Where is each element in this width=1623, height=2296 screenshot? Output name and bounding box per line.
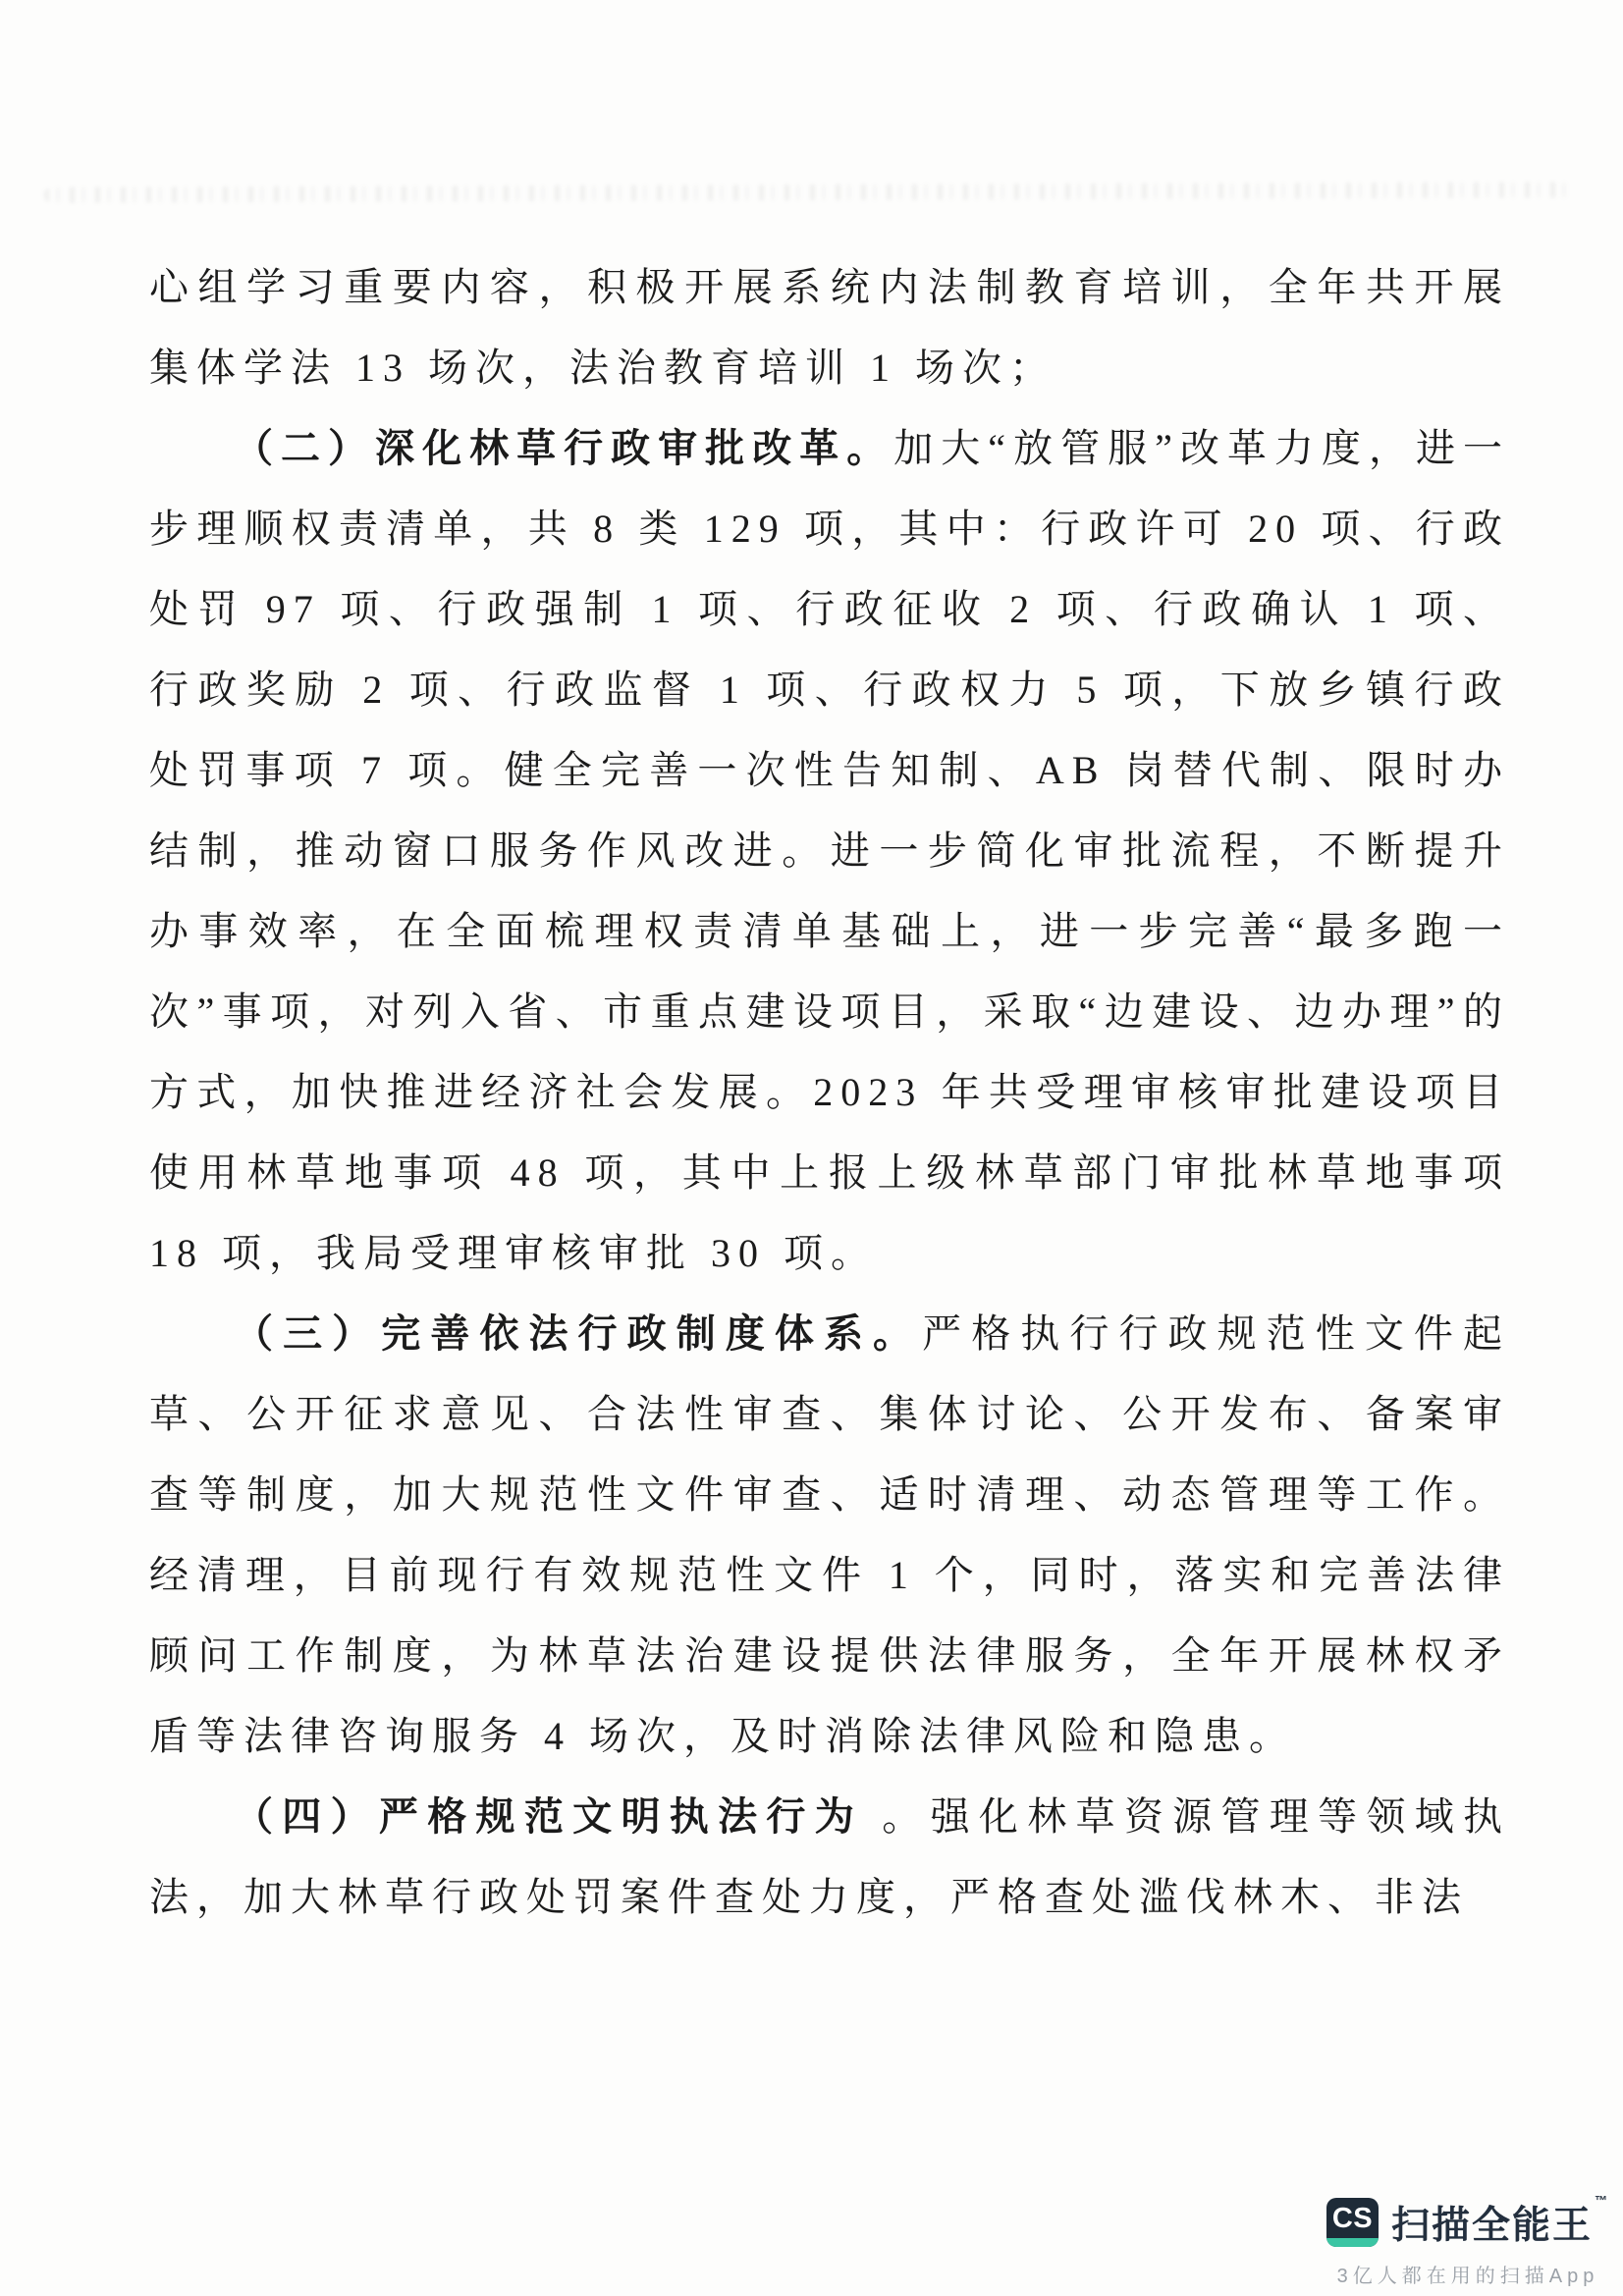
scanned-document-page: 心组学习重要内容，积极开展系统内法制教育培训，全年共开展集体学法 13 场次，法… <box>0 0 1623 2296</box>
camscanner-logo-icon: CS <box>1326 2198 1379 2247</box>
scan-artifact-smudge <box>44 182 1576 202</box>
section-3-heading: （三）完善依法行政制度体系。 <box>234 1311 922 1356</box>
section-2-heading: （二）深化林草行政审批改革。 <box>234 426 893 470</box>
watermark-brand-row: CS 扫描全能王™ <box>1326 2195 1609 2250</box>
paragraph-continuation: 心组学习重要内容，积极开展系统内法制教育培训，全年共开展集体学法 13 场次，法… <box>149 247 1510 408</box>
document-text-block: 心组学习重要内容，积极开展系统内法制教育培训，全年共开展集体学法 13 场次，法… <box>149 247 1510 1938</box>
logo-cs-text: CS <box>1332 2203 1373 2235</box>
paragraph-continuation-text: 心组学习重要内容，积极开展系统内法制教育培训，全年共开展集体学法 13 场次，法… <box>149 265 1510 390</box>
section-4-heading: （四）严格规范文明执法行为 <box>234 1794 863 1839</box>
section-3-body-text: 严格执行行政规范性文件起草、公开征求意见、合法性审查、集体讨论、公开发布、备案审… <box>149 1311 1510 1758</box>
paragraph-section-4: （四）严格规范文明执法行为 。强化林草资源管理等领域执法，加大林草行政处罚案件查… <box>149 1777 1510 1938</box>
watermark-app-name: 扫描全能王™ <box>1391 2195 1609 2250</box>
camscanner-watermark: CS 扫描全能王™ 3亿人都在用的扫描App <box>1326 2195 1609 2288</box>
app-name-text: 扫描全能王 <box>1391 2205 1593 2247</box>
watermark-tagline: 3亿人都在用的扫描App <box>1337 2260 1599 2288</box>
paragraph-section-2: （二）深化林草行政审批改革。加大“放管服”改革力度，进一步理顺权责清单，共 8 … <box>149 408 1510 1294</box>
section-2-body-text: 加大“放管服”改革力度，进一步理顺权责清单，共 8 类 129 项，其中：行政许… <box>149 426 1510 1275</box>
trademark-symbol: ™ <box>1595 2193 1609 2208</box>
paragraph-section-3: （三）完善依法行政制度体系。严格执行行政规范性文件起草、公开征求意见、合法性审查… <box>149 1294 1510 1777</box>
